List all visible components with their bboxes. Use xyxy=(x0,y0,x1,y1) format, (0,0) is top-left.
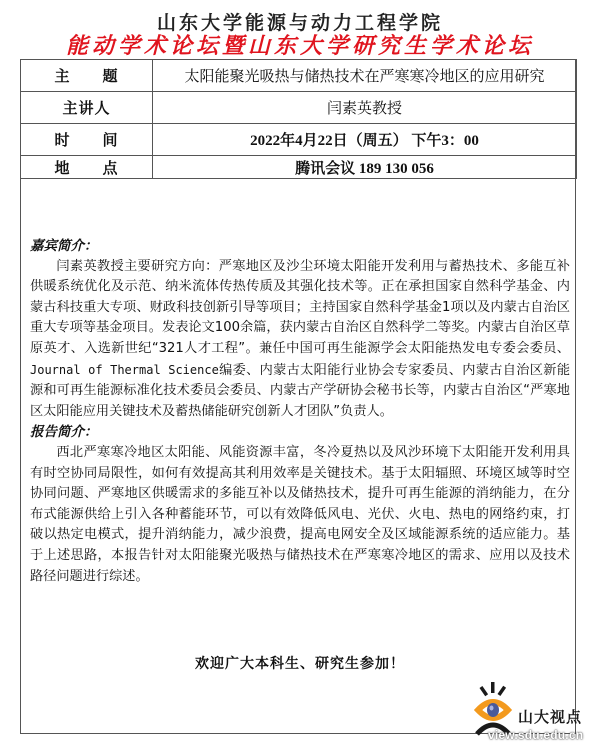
guest-intro-heading: 嘉宾简介： xyxy=(30,236,570,257)
guest-intro-paragraph: 闫素英教授主要研究方向：严寒地区及沙尘环境太阳能开发利用与蓄热技术、多能互补供暖… xyxy=(30,257,570,423)
info-table: 主 题 太阳能聚光吸热与储热技术在严寒寒冷地区的应用研究 主讲人 闫素英教授 时… xyxy=(20,59,577,179)
guest-intro-text-1: 闫素英教授主要研究方向：严寒地区及沙尘环境太阳能开发利用与蓄热技术、多能互补供暖… xyxy=(30,259,570,356)
table-row: 主 题 太阳能聚光吸热与储热技术在严寒寒冷地区的应用研究 xyxy=(21,60,577,92)
watermark-name: 山大视点 xyxy=(518,706,582,727)
watermark-url: view.sdu.edu.cn xyxy=(488,728,583,742)
table-row: 地 点 腾讯会议 189 130 056 xyxy=(21,156,577,179)
report-intro-heading: 报告简介： xyxy=(30,422,570,443)
topic-label: 主 题 xyxy=(21,60,153,92)
time-label: 时 间 xyxy=(21,124,153,156)
topic-value: 太阳能聚光吸热与储热技术在严寒寒冷地区的应用研究 xyxy=(153,60,577,92)
speaker-value: 闫素英教授 xyxy=(153,92,577,124)
location-value: 腾讯会议 189 130 056 xyxy=(153,156,577,179)
report-intro-paragraph: 西北严寒寒冷地区太阳能、风能资源丰富，冬冷夏热以及风沙环境下太阳能开发利用具有时… xyxy=(30,443,570,587)
table-row: 主讲人 闫素英教授 xyxy=(21,92,577,124)
time-value: 2022年4月22日（周五） 下午3：00 xyxy=(153,124,577,156)
welcome-message: 欢迎广大本科生、研究生参加！ xyxy=(0,653,600,673)
speaker-label: 主讲人 xyxy=(21,92,153,124)
body-content: 嘉宾简介： 闫素英教授主要研究方向：严寒地区及沙尘环境太阳能开发利用与蓄热技术、… xyxy=(30,236,570,587)
location-label: 地 点 xyxy=(21,156,153,179)
table-row: 时 间 2022年4月22日（周五） 下午3：00 xyxy=(21,124,577,156)
forum-title: 能动学术论坛暨山东大学研究生学术论坛 xyxy=(0,29,600,60)
journal-name: Journal of Thermal Science xyxy=(30,363,219,377)
